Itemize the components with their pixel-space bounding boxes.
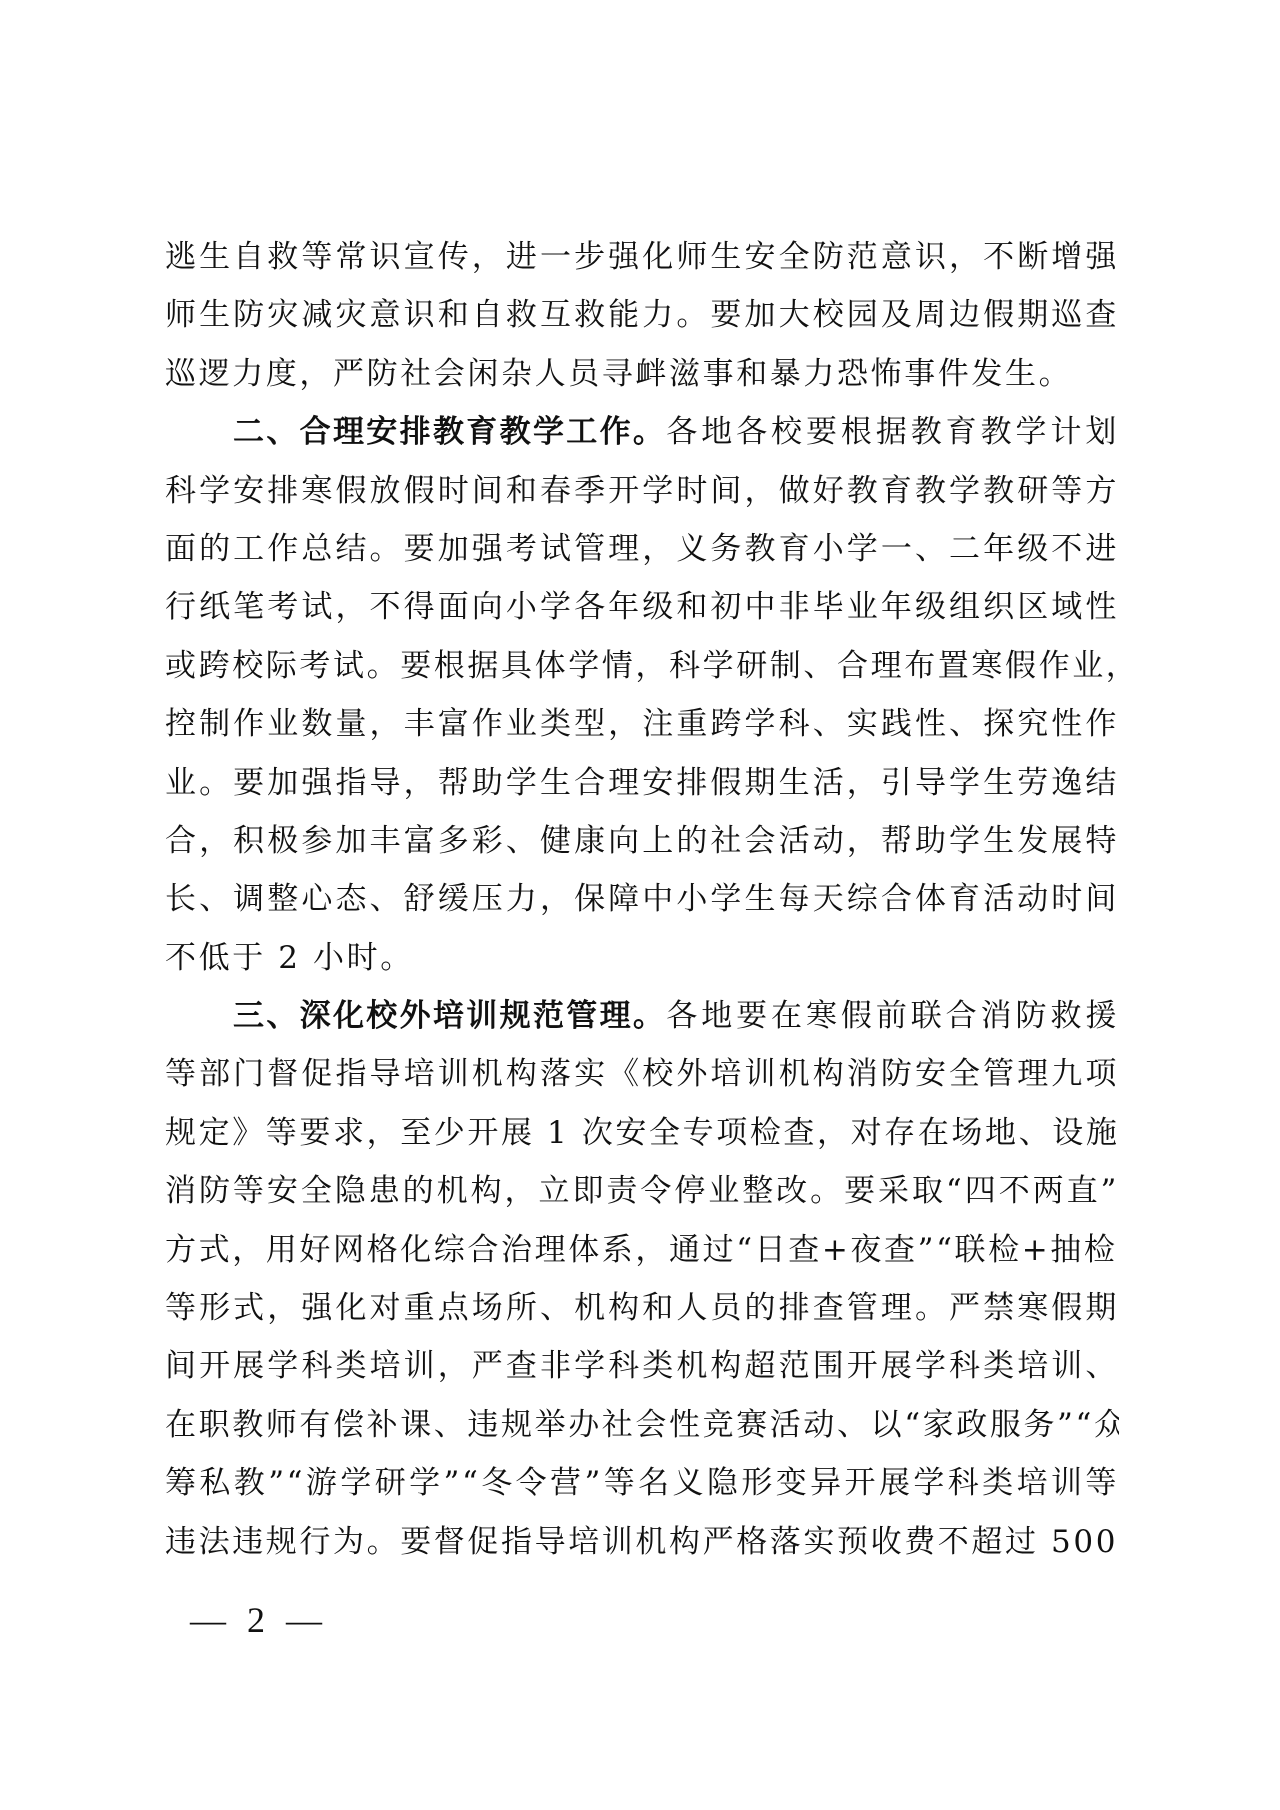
paragraph-teaching-arrangement: 二、合理安排教育教学工作。各地各校要根据教育教学计划 科学安排寒假放假时间和春季… <box>165 403 1119 987</box>
text-run: 各地各校要根据教育教学计划 <box>666 414 1119 450</box>
text-line: 逃生自救等常识宣传，进一步强化师生安全防范意识，不断增强 <box>165 228 1119 286</box>
page-number: — 2 — <box>190 1600 328 1640</box>
text-line: 行纸笔考试，不得面向小学各年级和初中非毕业年级组织区域性 <box>165 578 1119 636</box>
text-line: 等形式，强化对重点场所、机构和人员的排查管理。严禁寒假期 <box>165 1279 1119 1337</box>
text-line: 间开展学科类培训，严查非学科类机构超范围开展学科类培训、 <box>165 1337 1119 1395</box>
text-line: 等部门督促指导培训机构落实《校外培训机构消防安全管理九项 <box>165 1045 1119 1103</box>
text-line: 违法违规行为。要督促指导培训机构严格落实预收费不超过 5000 <box>165 1513 1119 1571</box>
text-line: 规定》等要求，至少开展 1 次安全专项检查，对存在场地、设施、 <box>165 1104 1119 1162</box>
paragraph-safety-continuation: 逃生自救等常识宣传，进一步强化师生安全防范意识，不断增强 师生防灾减灾意识和自救… <box>165 228 1119 403</box>
text-line-with-heading: 三、深化校外培训规范管理。各地要在寒假前联合消防救援 <box>165 987 1119 1045</box>
text-line: 巡逻力度，严防社会闲杂人员寻衅滋事和暴力恐怖事件发生。 <box>165 345 1119 403</box>
text-line: 师生防灾减灾意识和自救互救能力。要加大校园及周边假期巡查 <box>165 286 1119 344</box>
text-line: 科学安排寒假放假时间和春季开学时间，做好教育教学教研等方 <box>165 462 1119 520</box>
section-heading-3: 三、深化校外培训规范管理。 <box>233 998 666 1034</box>
text-line: 长、调整心态、舒缓压力，保障中小学生每天综合体育活动时间 <box>165 870 1119 928</box>
text-line: 合，积极参加丰富多彩、健康向上的社会活动，帮助学生发展特 <box>165 812 1119 870</box>
text-line-with-heading: 二、合理安排教育教学工作。各地各校要根据教育教学计划 <box>165 403 1119 461</box>
text-line: 消防等安全隐患的机构，立即责令停业整改。要采取“四不两直” <box>165 1162 1119 1220</box>
document-page: 逃生自救等常识宣传，进一步强化师生安全防范意识，不断增强 师生防灾减灾意识和自救… <box>165 228 1119 1571</box>
text-line: 不低于 2 小时。 <box>165 929 1119 987</box>
text-line: 业。要加强指导，帮助学生合理安排假期生活，引导学生劳逸结 <box>165 754 1119 812</box>
paragraph-offcampus-training: 三、深化校外培训规范管理。各地要在寒假前联合消防救援 等部门督促指导培训机构落实… <box>165 987 1119 1571</box>
text-line: 或跨校际考试。要根据具体学情，科学研制、合理布置寒假作业， <box>165 637 1119 695</box>
text-line: 方式，用好网格化综合治理体系，通过“日查+夜查”“联检+抽检” <box>165 1221 1119 1279</box>
text-line: 筹私教”“游学研学”“冬令营”等名义隐形变异开展学科类培训等 <box>165 1454 1119 1512</box>
text-line: 控制作业数量，丰富作业类型，注重跨学科、实践性、探究性作 <box>165 695 1119 753</box>
text-run: 各地要在寒假前联合消防救援 <box>666 998 1119 1034</box>
section-heading-2: 二、合理安排教育教学工作。 <box>233 414 666 450</box>
text-line: 在职教师有偿补课、违规举办社会性竞赛活动、以“家政服务”“众 <box>165 1396 1119 1454</box>
text-line: 面的工作总结。要加强考试管理，义务教育小学一、二年级不进 <box>165 520 1119 578</box>
